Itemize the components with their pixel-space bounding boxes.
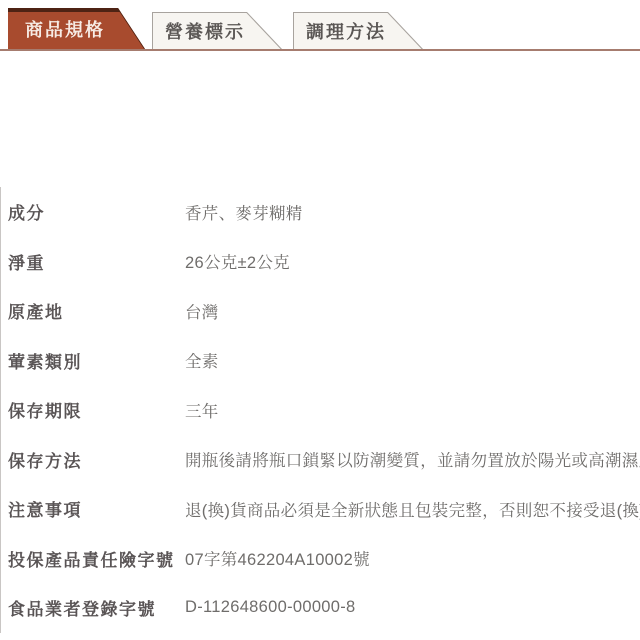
spec-row-value: 26公克±2公克 bbox=[185, 249, 290, 273]
tab-bar-divider bbox=[0, 49, 640, 51]
spec-row-value: 香芹、麥芽糊精 bbox=[185, 200, 303, 224]
tab-bar: 商品規格 營養標示 調理方法 bbox=[0, 0, 640, 52]
tab-product-spec[interactable]: 商品規格 bbox=[8, 8, 145, 49]
tab-nutrition-label-surface: 營養標示 bbox=[153, 13, 281, 49]
spec-row-label: 成分 bbox=[1, 199, 185, 224]
spec-row-veg-category: 葷素類別 全素 bbox=[1, 336, 640, 386]
spec-row-value: 全素 bbox=[185, 348, 219, 372]
spec-row-shelf-life: 保存期限 三年 bbox=[1, 385, 640, 435]
spec-row-label: 注意事項 bbox=[1, 496, 185, 521]
spec-row-label: 食品業者登錄字號 bbox=[1, 595, 185, 620]
spec-row-ingredients: 成分 香芹、麥芽糊精 bbox=[1, 187, 640, 237]
spec-row-label: 保存方法 bbox=[1, 447, 185, 472]
tab-cooking-method-surface: 調理方法 bbox=[294, 13, 422, 49]
tab-nutrition-label[interactable]: 營養標示 bbox=[152, 12, 282, 49]
spec-row-net-weight: 淨重 26公克±2公克 bbox=[1, 237, 640, 287]
spec-row-value: D-112648600-00000-8 bbox=[185, 598, 356, 617]
spec-row-label: 原產地 bbox=[1, 298, 185, 323]
spec-row-storage-method: 保存方法 開瓶後請將瓶口鎖緊以防潮變質，並請勿置放於陽光或高潮濕處 bbox=[1, 435, 640, 485]
spec-row-value: 開瓶後請將瓶口鎖緊以防潮變質，並請勿置放於陽光或高潮濕處 bbox=[185, 447, 640, 471]
tab-cooking-method[interactable]: 調理方法 bbox=[293, 12, 423, 49]
spec-row-value: 三年 bbox=[185, 398, 219, 422]
tab-product-spec-label: 商品規格 bbox=[25, 16, 105, 42]
spec-row-value: 07字第462204A10002號 bbox=[185, 546, 370, 570]
spec-row-label: 淨重 bbox=[1, 249, 185, 274]
tab-nutrition-label-text: 營養標示 bbox=[165, 18, 245, 44]
tab-cooking-method-text: 調理方法 bbox=[306, 18, 386, 44]
spec-row-food-business-reg-no: 食品業者登錄字號 D-112648600-00000-8 bbox=[1, 583, 640, 633]
spec-row-label: 投保產品責任險字號 bbox=[1, 546, 185, 571]
spec-row-value: 退(換)貨商品必須是全新狀態且包裝完整，否則恕不接受退(換)貨 bbox=[185, 497, 640, 521]
spec-row-liability-insurance-no: 投保產品責任險字號 07字第462204A10002號 bbox=[1, 534, 640, 584]
spec-row-label: 保存期限 bbox=[1, 397, 185, 422]
spec-table: 成分 香芹、麥芽糊精 淨重 26公克±2公克 原產地 台灣 葷素類別 全素 保存… bbox=[0, 187, 640, 633]
spec-row-value: 台灣 bbox=[185, 299, 219, 323]
spec-row-label: 葷素類別 bbox=[1, 348, 185, 373]
spec-row-notes: 注意事項 退(換)貨商品必須是全新狀態且包裝完整，否則恕不接受退(換)貨 bbox=[1, 484, 640, 534]
spec-row-origin: 原產地 台灣 bbox=[1, 286, 640, 336]
